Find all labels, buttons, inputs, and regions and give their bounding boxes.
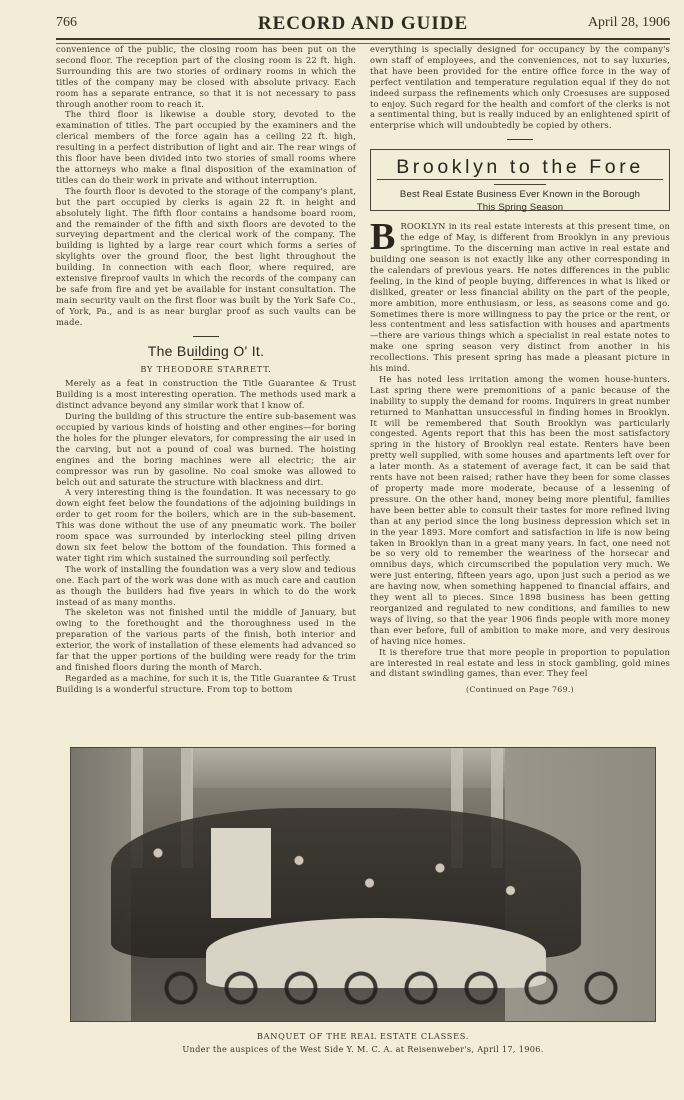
paragraph: The skeleton was not finished until the …: [56, 607, 356, 672]
byline: BY THEODORE STARRETT.: [56, 364, 356, 375]
masthead: 766 RECORD AND GUIDE April 28, 1906: [56, 13, 670, 35]
article-title: The Building O' It.: [56, 346, 356, 357]
headline: Brooklyn to the Fore: [377, 156, 663, 180]
photo-chairs: [151, 958, 631, 1018]
photo-side-table: [211, 828, 271, 918]
right-column: everything is specially designed for occ…: [370, 44, 670, 696]
paragraph: During the building of this structure th…: [56, 411, 356, 487]
photo-caption: BANQUET OF THE REAL ESTATE CLASSES. Unde…: [56, 1030, 670, 1056]
paragraph: A very interesting thing is the foundati…: [56, 487, 356, 563]
left-column: convenience of the public, the closing r…: [56, 44, 356, 695]
lead-paragraph: BROOKLYN in its real estate interests at…: [370, 221, 670, 374]
paragraph: Regarded as a machine, for such it is, t…: [56, 673, 356, 695]
subheadline-line-2: This Spring Season: [477, 202, 563, 213]
paragraph: The fourth floor is devoted to the stora…: [56, 186, 356, 328]
subheadline: Best Real Estate Business Ever Known in …: [377, 188, 663, 214]
section-divider: [507, 139, 533, 140]
lead-text: ROOKLYN in its real estate interests at …: [370, 221, 670, 373]
section-divider: [193, 336, 219, 337]
caption-subtitle: Under the auspices of the West Side Y. M…: [56, 1043, 670, 1056]
continued-notice: (Continued on Page 769.): [370, 685, 670, 696]
banquet-photo: [70, 747, 656, 1022]
photo-ceiling: [191, 748, 521, 788]
paragraph: He has noted less irritation among the w…: [370, 374, 670, 647]
headline-box: Brooklyn to the Fore Best Real Estate Bu…: [370, 149, 670, 211]
title-underline: [193, 359, 219, 360]
paragraph: everything is specially designed for occ…: [370, 44, 670, 131]
drop-cap: B: [370, 222, 396, 252]
paragraph: The work of installing the foundation wa…: [56, 564, 356, 608]
paragraph: convenience of the public, the closing r…: [56, 44, 356, 109]
issue-date: April 28, 1906: [588, 15, 670, 31]
publication-title: RECORD AND GUIDE: [56, 13, 670, 35]
subheadline-line-1: Best Real Estate Business Ever Known in …: [400, 189, 640, 200]
paragraph: Merely as a feat in construction the Tit…: [56, 378, 356, 411]
headline-rule: [494, 184, 546, 185]
paragraph: It is therefore true that more people in…: [370, 647, 670, 680]
caption-title: BANQUET OF THE REAL ESTATE CLASSES.: [56, 1030, 670, 1043]
paragraph: The third floor is likewise a double sto…: [56, 109, 356, 185]
